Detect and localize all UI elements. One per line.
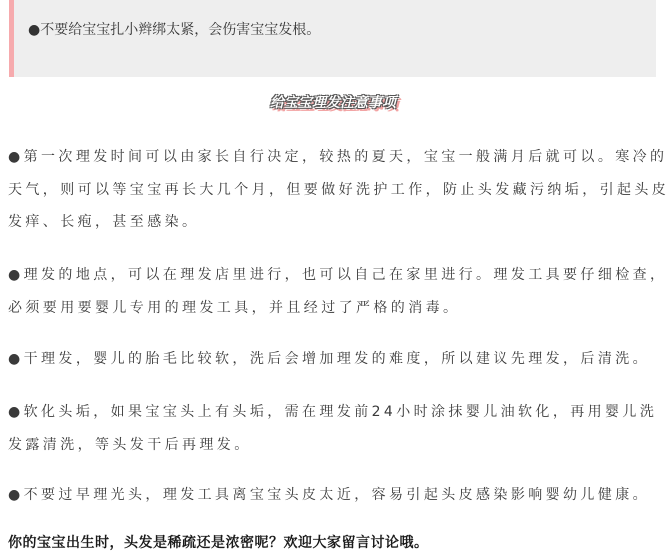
quote-box: ●不要给宝宝扎小辫绑太紧，会伤害宝宝发根。	[9, 0, 656, 77]
paragraph-soften-scalp: ●软化头垢，如果宝宝头上有头垢，需在理发前24小时涂抹婴儿油软化，再用婴儿洗 发…	[8, 396, 660, 461]
paragraph-dry-cut: ●干理发，婴儿的胎毛比较软，洗后会增加理发的难度，所以建议先理发，后清洗。	[8, 343, 660, 376]
section-title: 给宝宝理发注意事项	[0, 92, 666, 112]
paragraph-line: ●干理发，婴儿的胎毛比较软，洗后会增加理发的难度，所以建议先理发，后清洗。	[8, 343, 660, 376]
quote-text: ●不要给宝宝扎小辫绑太紧，会伤害宝宝发根。	[28, 20, 320, 40]
paragraph-no-shave: ●不要过早理光头，理发工具离宝宝头皮太近，容易引起头皮感染影响婴幼儿健康。	[8, 479, 660, 512]
paragraph-line: ●第一次理发时间可以由家长自行决定，较热的夏天，宝宝一般满月后就可以。寒冷的	[8, 141, 660, 174]
paragraph-line: 发露清洗，等头发干后再理发。	[8, 429, 660, 462]
paragraph-line: ●理发的地点，可以在理发店里进行，也可以自己在家里进行。理发工具要仔细检查，	[8, 259, 660, 292]
paragraph-line: 必须要用要婴儿专用的理发工具，并且经过了严格的消毒。	[8, 292, 660, 325]
closing-question: 你的宝宝出生时，头发是稀疏还是浓密呢？欢迎大家留言讨论哦。	[8, 532, 429, 552]
paragraph-line: ●软化头垢，如果宝宝头上有头垢，需在理发前24小时涂抹婴儿油软化，再用婴儿洗	[8, 396, 660, 429]
paragraph-line: 天气，则可以等宝宝再长大几个月，但要做好洗护工作，防止头发藏污纳垢，引起头皮	[8, 174, 660, 207]
paragraph-line: 发痒、长疱，甚至感染。	[8, 206, 660, 239]
paragraph-line: ●不要过早理光头，理发工具离宝宝头皮太近，容易引起头皮感染影响婴幼儿健康。	[8, 479, 660, 512]
paragraph-first-haircut: ●第一次理发时间可以由家长自行决定，较热的夏天，宝宝一般满月后就可以。寒冷的 天…	[8, 141, 660, 239]
paragraph-location: ●理发的地点，可以在理发店里进行，也可以自己在家里进行。理发工具要仔细检查， 必…	[8, 259, 660, 324]
